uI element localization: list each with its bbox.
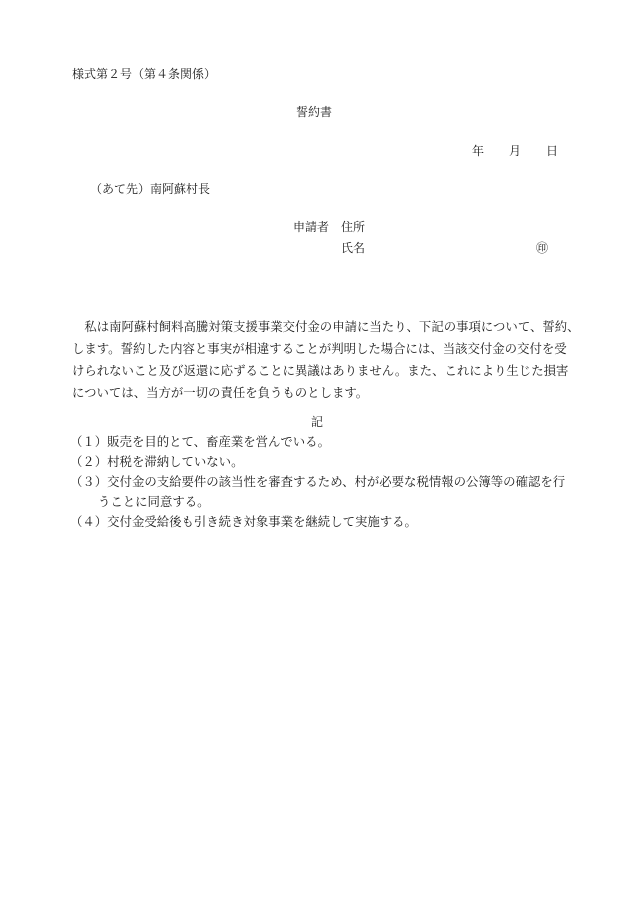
pledge-item-4: （４）交付金受給後も引き続き対象事業を継続して実施する。 (70, 512, 565, 532)
addressee: （あて先）南阿蘇村長 (90, 181, 210, 197)
pledge-item-1: （１）販売を目的とて、畜産業を営んでいる。 (70, 432, 565, 452)
body-line: については、当方が一切の責任を負うものとします。 (72, 382, 562, 404)
date-month-label: 月 (509, 143, 521, 159)
document-title: 誓約書 (296, 104, 332, 120)
pledge-item-2: （２）村税を滞納していない。 (70, 452, 565, 472)
pledge-body: 私は南阿蘇村飼料高騰対策支援事業交付金の申請に当たり、下記の事項について、誓約、… (72, 316, 562, 404)
address-label: 住所 (341, 219, 365, 235)
date-year-label: 年 (472, 143, 484, 159)
body-line: します。誓約した内容と事実が相違することが判明した場合には、当該交付金の交付を受 (72, 338, 562, 360)
ki-heading: 記 (311, 414, 323, 430)
date-day-label: 日 (546, 143, 558, 159)
pledge-item-3: （３）交付金の支給要件の該当性を審査するため、村が必要な税情報の公簿等の確認を行 (70, 472, 565, 492)
applicant-label: 申請者 (293, 219, 329, 235)
pledge-items: （１）販売を目的とて、畜産業を営んでいる。 （２）村税を滞納していない。 （３）… (70, 432, 565, 532)
body-line: けられないこと及び返還に応ずることに異議はありません。また、これにより生じた損害 (72, 360, 562, 382)
name-label: 氏名 (341, 240, 365, 256)
form-number: 様式第２号（第４条関係） (72, 66, 216, 82)
body-line: 私は南阿蘇村飼料高騰対策支援事業交付金の申請に当たり、下記の事項について、誓約、 (72, 316, 562, 338)
seal-mark: ㊞ (536, 240, 548, 256)
pledge-item-3-continued: うことに同意する。 (70, 492, 565, 512)
